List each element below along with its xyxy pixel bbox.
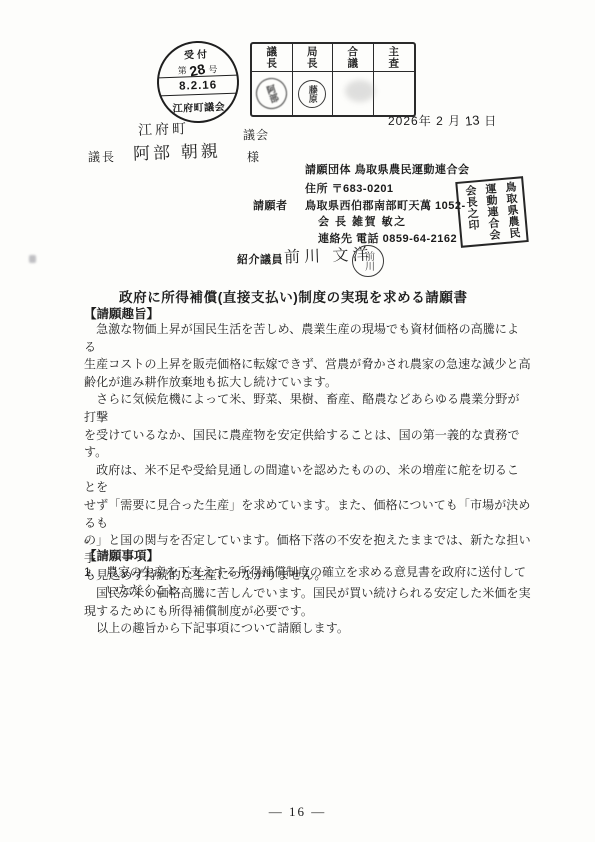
approval-cell-chairman: 阿部	[252, 72, 293, 115]
approval-col-consultation: 合議	[333, 44, 374, 72]
petition-group-line: 請願団体 鳥取県農民運動連合会	[305, 161, 470, 177]
chairman-hanko-seal: 阿部	[252, 74, 291, 113]
petition-title: 政府に所得補償(直接支払い)制度の実現を求める請願書	[119, 286, 468, 306]
approval-stamp-table: 議長 局長 合議 主査 阿部 藤原	[250, 42, 416, 117]
item-number: 1.	[84, 564, 106, 599]
addressee-role: 議長	[88, 148, 116, 165]
scanned-petition-document: 受付 第 28 号 8.2.16 江府町議会 議長 局長 合議 主査 阿部	[0, 0, 595, 842]
approval-cell-examiner	[374, 72, 415, 115]
addressee-council: 議会	[243, 126, 269, 143]
petitioner-label: 請願者	[253, 197, 288, 213]
item-text: 農家の生産を下支えする所得補償制度の確立を求める意見書を政府に送付して いただく…	[106, 564, 546, 599]
association-square-seal: 鳥取県農民 運動連合会 会長之印	[455, 176, 528, 248]
approval-cell-bureau-chief: 藤原	[293, 72, 334, 115]
date-day-handwritten: 13	[465, 112, 481, 128]
approval-col-bureau-chief: 局長	[293, 44, 334, 72]
introducer-label: 紹介議員	[237, 251, 283, 267]
receipt-no-prefix: 第	[178, 63, 187, 76]
faint-seal-smudge	[345, 80, 375, 102]
petitioner-chairman-name: 会 長 雑賀 敏之	[318, 213, 407, 229]
purpose-heading: 【請願趣旨】	[84, 304, 159, 322]
addressee-town-handwritten: 江府町	[138, 118, 190, 140]
petitioner-postal-line: 住所 〒683-0201	[305, 180, 394, 196]
petition-group-label: 請願団体	[305, 164, 351, 176]
addressee-honorific: 様	[247, 148, 259, 165]
items-heading: 【請願事項】	[84, 546, 159, 564]
introducer-hanko-seal: 前川	[352, 245, 384, 277]
page-number: — 16 —	[0, 804, 595, 820]
date-month: 2	[436, 114, 444, 128]
postal-code: 〒683-0201	[332, 183, 394, 195]
approval-col-examiner: 主査	[374, 44, 415, 72]
scan-speck	[29, 255, 36, 263]
receipt-stamp: 受付 第 28 号 8.2.16 江府町議会	[156, 40, 241, 125]
date-year: 2026	[388, 114, 419, 128]
document-date: 2026年 2 月 13 日	[388, 112, 497, 129]
petitioner-address: 鳥取県西伯郡南部町天萬 1052-	[305, 197, 466, 213]
petition-item-1: 1. 農家の生産を下支えする所得補償制度の確立を求める意見書を政府に送付して い…	[84, 564, 546, 599]
address-label: 住所	[305, 183, 328, 195]
bureau-chief-hanko-seal: 藤原	[298, 80, 326, 108]
receipt-no-suffix: 号	[208, 62, 217, 75]
receipt-no-value: 28	[189, 63, 207, 78]
approval-col-chairman: 議長	[252, 44, 293, 72]
addressee-name-handwritten: 阿部 朝親	[133, 136, 222, 164]
stray-period-mark: 。	[84, 529, 96, 546]
petition-group-name: 鳥取県農民運動連合会	[355, 164, 470, 176]
